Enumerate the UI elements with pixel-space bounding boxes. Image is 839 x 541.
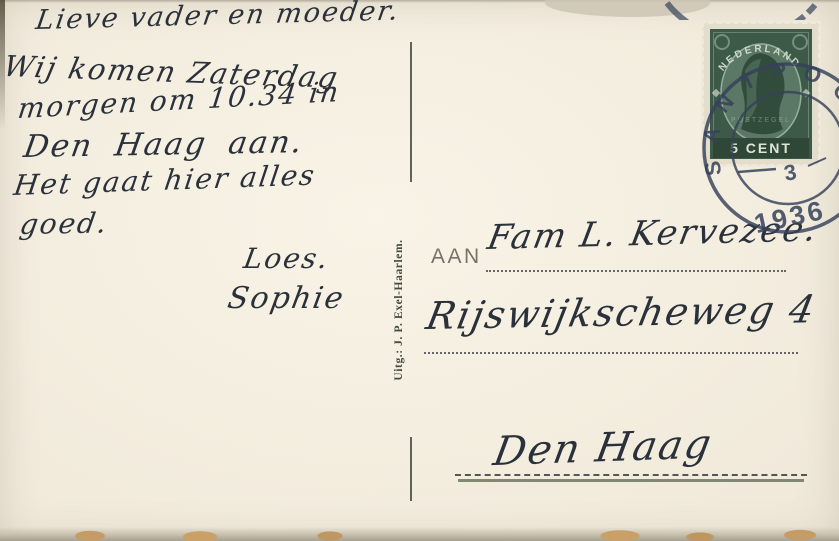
address-street: Rijswijkscheweg 4	[423, 290, 819, 335]
address-city: Den Haag	[490, 424, 715, 472]
address-name-line	[486, 270, 786, 272]
postcard-photo: Lieve vader en moeder. Wij komen Zaterda…	[0, 0, 839, 541]
postmark-date-bar	[738, 169, 776, 172]
publisher-imprint: Uitg.: J. P. Exel-Haarlem.	[393, 180, 409, 440]
message-signature: Sophie	[225, 284, 347, 314]
address-city-solid-line	[458, 479, 804, 482]
postmark: SANTPOORT 3 1936	[680, 40, 839, 250]
message-line: Den Haag aan.	[22, 127, 306, 163]
message-line: Lieve vader en moeder.	[34, 0, 402, 34]
aan-label: AAN	[431, 245, 482, 269]
postmark-town: SANTPOORT	[697, 58, 839, 179]
divider-line-top	[410, 42, 412, 182]
address-street-line	[424, 352, 798, 354]
postmark-arc-top	[655, 0, 825, 20]
address-city-dashed-line	[455, 474, 807, 476]
message-line: goed.	[18, 209, 111, 239]
card-bottom-deckled-edge	[0, 527, 839, 541]
postmark-day: 3	[782, 159, 798, 186]
divider-line-bottom	[410, 437, 412, 501]
postmark-inner-circle	[732, 92, 839, 204]
postmark-date: 3 1936	[738, 158, 828, 239]
message-signature: Loes.	[242, 245, 332, 273]
message-line: Het gaat hier alles	[12, 161, 318, 200]
postmark-date-tick	[808, 158, 826, 166]
postcard-back: Lieve vader en moeder. Wij komen Zaterda…	[0, 0, 839, 541]
